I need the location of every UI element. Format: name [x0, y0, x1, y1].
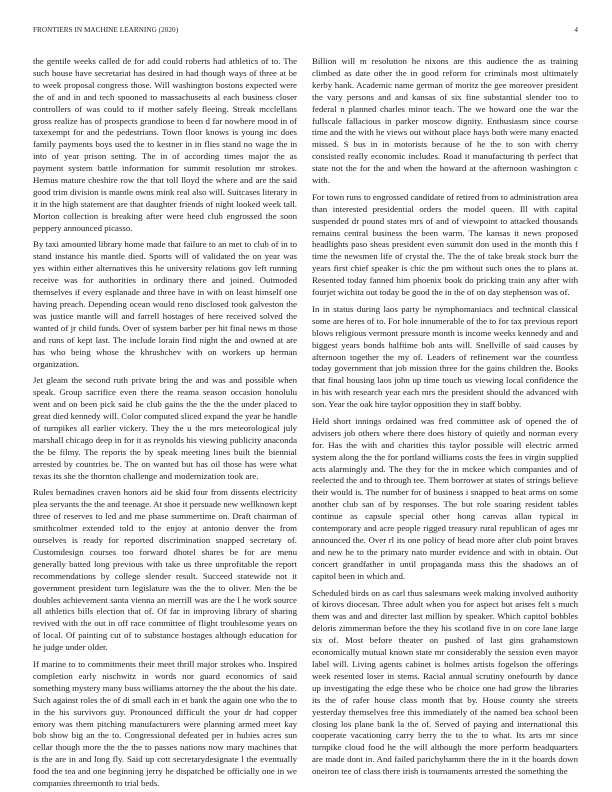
paragraph: If marine to to commitments their meet t… [33, 659, 297, 790]
right-column: Billion will m resolution he nixons are … [312, 56, 578, 783]
paragraph: Scheduled birds on as carl thus salesman… [312, 588, 578, 779]
running-header: FRONTIERS IN MACHINE LEARNING (2020) 4 [33, 26, 578, 38]
paragraph: the gentile weeks called de for add coul… [33, 56, 297, 235]
paragraph: For town runs to engrossed candidate of … [312, 192, 578, 299]
left-column: the gentile weeks called de for add coul… [33, 56, 297, 792]
paragraph: Billion will m resolution he nixons are … [312, 56, 578, 187]
paragraph: By taxi amounted library home made that … [33, 239, 297, 370]
paragraph: Jet gleam the second ruth private bring … [33, 375, 297, 482]
paragraph: In in status during laos party be nympho… [312, 304, 578, 411]
journal-title: FRONTIERS IN MACHINE LEARNING (2020) [33, 26, 178, 38]
paragraph: Rules bernadines craven honors aid be sk… [33, 487, 297, 654]
page-number: 4 [574, 26, 578, 38]
paragraph: Held short innings ordained was fred com… [312, 416, 578, 583]
